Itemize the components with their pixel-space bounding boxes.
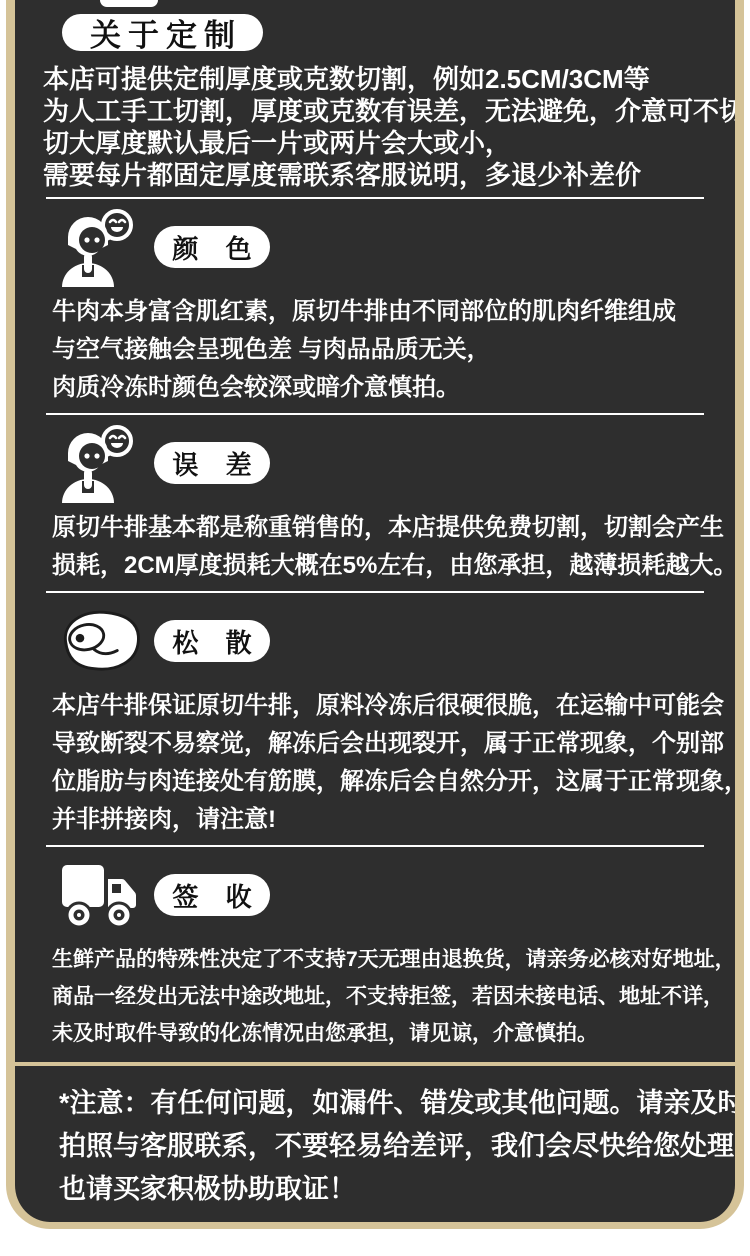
customer-service-icon <box>58 207 144 287</box>
section-line: 商品一经发出无法中途改地址，不支持拒签，若因未接电话、地址不详， <box>52 978 735 1015</box>
cropped-icon-fragment <box>100 0 158 7</box>
page-title-label: 关于定制 <box>90 10 242 55</box>
section-text-tolerance: 原切牛排基本都是称重销售的，本店提供免费切割，切割会产生 损耗，2CM厚度损耗大… <box>52 509 735 585</box>
main-panel: 关于定制 本店可提供定制厚度或克数切割，例如2.5CM/3CM等 为人工手工切割… <box>6 0 744 1062</box>
section-pill-label: 颜 色 <box>172 229 257 266</box>
intro-line: 切大厚度默认最后一片或两片会大或小， <box>43 127 735 159</box>
section-header-color: 颜 色 <box>58 207 735 287</box>
page-title: 关于定制 <box>62 14 263 51</box>
intro-line: 为人工手工切割，厚度或克数有误差，无法避免，介意可不切 <box>43 95 735 127</box>
section-header-delivery: 签 收 <box>58 855 735 935</box>
section-divider <box>46 591 704 593</box>
section-line: 未及时取件导致的化冻情况由您承担，请见谅，介意慎拍。 <box>52 1015 735 1052</box>
section-pill: 误 差 <box>154 442 270 484</box>
section-divider <box>46 413 704 415</box>
section-pill: 松 散 <box>154 620 270 662</box>
customer-service-icon <box>58 423 144 503</box>
section-header-tolerance: 误 差 <box>58 423 735 503</box>
section-text-color: 牛肉本身富含肌红素，原切牛排由不同部位的肌肉纤维组成 与空气接触会呈现色差 与肉… <box>52 293 735 407</box>
section-divider <box>46 197 704 199</box>
section-line: 并非拼接肉，请注意! <box>52 801 735 839</box>
notice-line: 也请买家积极协助取证！ <box>59 1168 735 1211</box>
section-header-loose: 松 散 <box>58 601 735 681</box>
steak-icon <box>58 601 144 681</box>
notice-line: *注意：有任何问题，如漏件、错发或其他问题。请亲及时 <box>59 1082 735 1125</box>
section-line: 本店牛排保证原切牛排，原料冷冻后很硬很脆，在运输中可能会 <box>52 687 735 725</box>
section-pill-label: 签 收 <box>172 877 257 914</box>
section-line: 肉质冷冻时颜色会较深或暗介意慎拍。 <box>52 369 735 407</box>
section-line: 原切牛排基本都是称重销售的，本店提供免费切割，切割会产生 <box>52 509 735 547</box>
intro-line: 需要每片都固定厚度需联系客服说明，多退少补差价 <box>43 159 735 191</box>
notice-line: 拍照与客服联系，不要轻易给差评，我们会尽快给您处理， <box>59 1125 735 1168</box>
section-text-delivery: 生鲜产品的特殊性决定了不支持7天无理由退换货，请亲务必核对好地址， 商品一经发出… <box>52 941 735 1052</box>
section-line: 导致断裂不易察觉，解冻后会出现裂开，属于正常现象，个别部 <box>52 725 735 763</box>
section-pill: 签 收 <box>154 874 270 916</box>
section-divider <box>46 845 704 847</box>
notice-panel: *注意：有任何问题，如漏件、错发或其他问题。请亲及时 拍照与客服联系，不要轻易给… <box>6 1062 744 1229</box>
intro-paragraph: 本店可提供定制厚度或克数切割，例如2.5CM/3CM等 为人工手工切割，厚度或克… <box>43 63 735 191</box>
section-line: 生鲜产品的特殊性决定了不支持7天无理由退换货，请亲务必核对好地址， <box>52 941 735 978</box>
section-pill-label: 松 散 <box>172 623 257 660</box>
truck-icon <box>58 855 144 935</box>
section-line: 牛肉本身富含肌红素，原切牛排由不同部位的肌肉纤维组成 <box>52 293 735 331</box>
section-line: 与空气接触会呈现色差 与肉品品质无关， <box>52 331 735 369</box>
section-pill: 颜 色 <box>154 226 270 268</box>
section-text-loose: 本店牛排保证原切牛排，原料冷冻后很硬很脆，在运输中可能会 导致断裂不易察觉，解冻… <box>52 687 735 839</box>
product-detail-page: { "colors": { "panel_bg": "#2e2e2e", "fr… <box>0 0 750 1256</box>
notice-paragraph: *注意：有任何问题，如漏件、错发或其他问题。请亲及时 拍照与客服联系，不要轻易给… <box>15 1066 735 1211</box>
section-pill-label: 误 差 <box>172 445 257 482</box>
intro-line: 本店可提供定制厚度或克数切割，例如2.5CM/3CM等 <box>43 63 735 95</box>
section-line: 损耗，2CM厚度损耗大概在5%左右，由您承担，越薄损耗越大。 <box>52 547 735 585</box>
section-line: 位脂肪与肉连接处有筋膜，解冻后会自然分开，这属于正常现象， <box>52 763 735 801</box>
